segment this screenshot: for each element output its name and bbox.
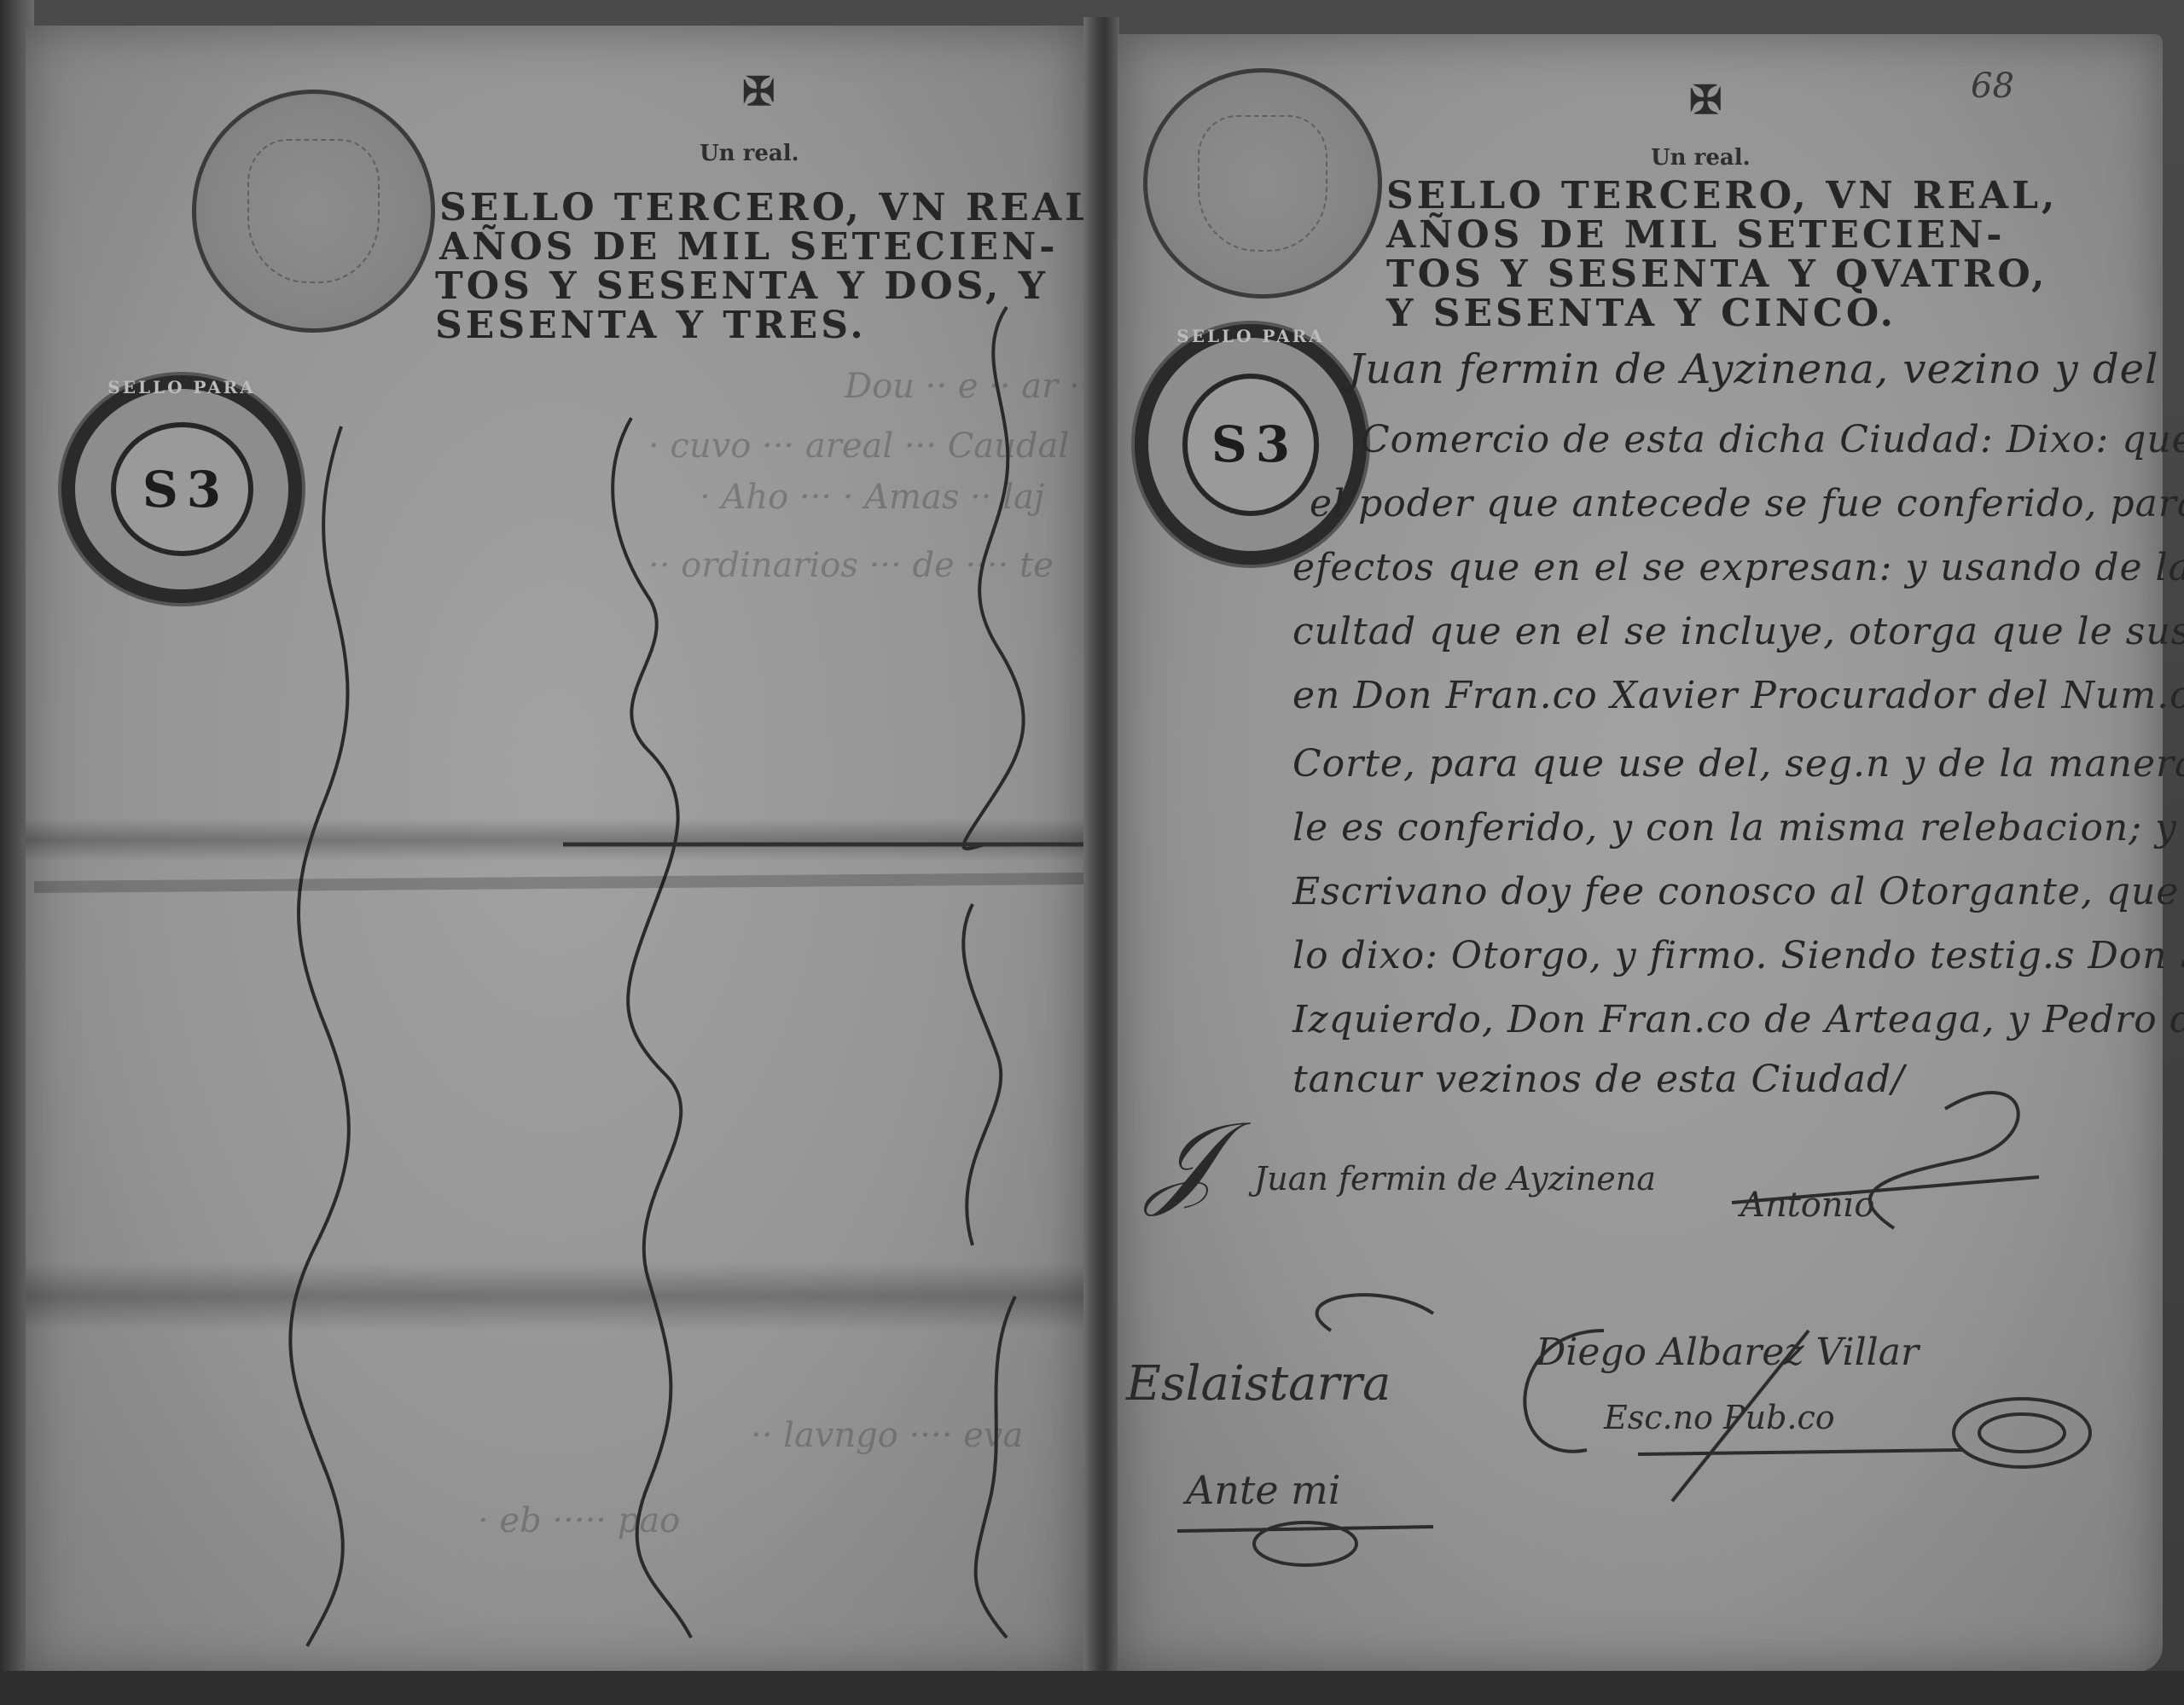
scan-bottom-edge [0, 1671, 2184, 1705]
signature-flourishes [0, 0, 2184, 1705]
